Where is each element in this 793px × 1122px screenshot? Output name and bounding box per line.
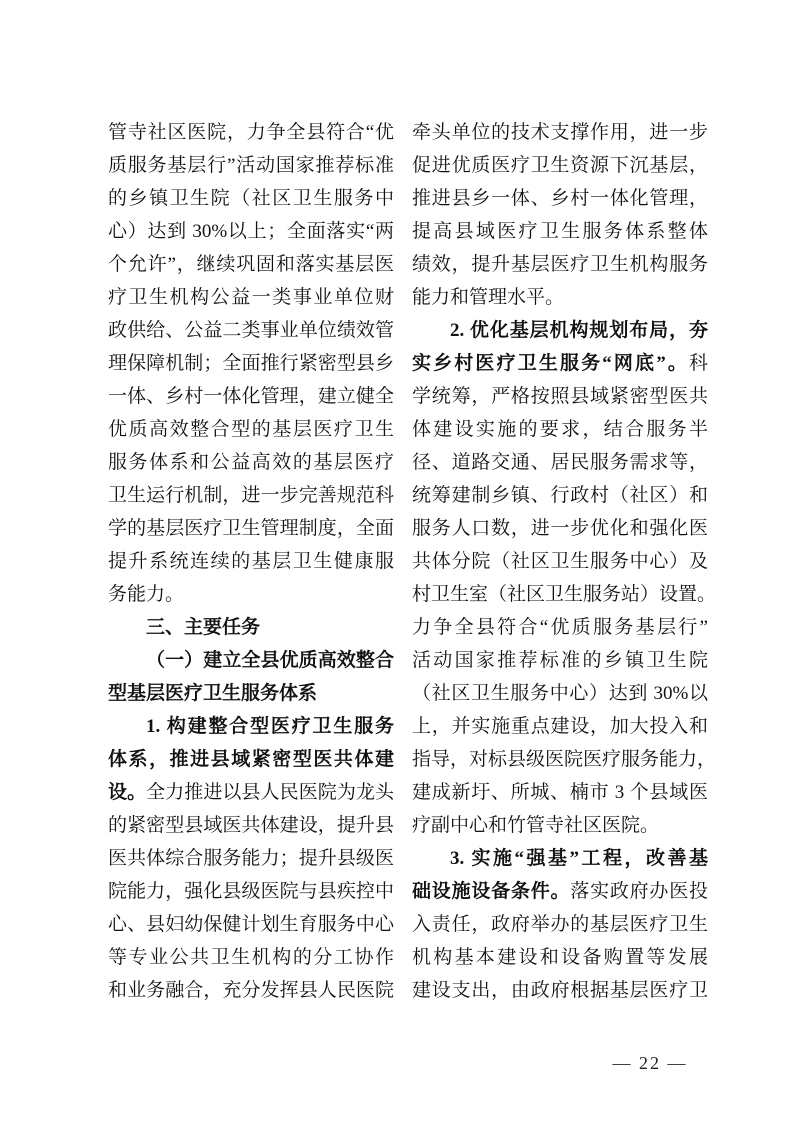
text-line: 和业务融合，充分发挥县人民医院 [108,974,394,1007]
text-line: 推进县乡一体、乡村一体化管理， [412,182,708,215]
text-segment: 落实政府办医投 [570,881,708,902]
text-segment: 管寺社区医院，力争全县符合“优 [108,122,394,143]
text-line: 管寺社区医院，力争全县符合“优 [108,116,394,149]
text-segment: 心）达到 30%以上；全面落实“两 [108,221,394,242]
text-line: 础设施设备条件。落实政府办医投 [412,875,708,908]
text-segment: 服务人口数，进一步优化和强化医 [412,518,708,539]
text-line: 的乡镇卫生院（社区卫生服务中 [108,182,394,215]
text-line: 理保障机制；全面推行紧密型县乡 [108,347,394,380]
text-line: 型基层医疗卫生服务体系 [108,677,394,710]
bold-text-segment: 实乡村医疗卫生服务“网底”。 [412,353,689,374]
text-line: 共体分院（社区卫生服务中心）及 [412,545,708,578]
text-segment: 学统筹，严格按照县域紧密型医共 [412,386,708,407]
text-segment: （社区卫生服务中心）达到 30%以 [412,683,708,704]
text-segment: 科 [689,353,708,374]
text-line: 心、县妇幼保健计划生育服务中心 [108,908,394,941]
text-line: 学统筹，严格按照县域紧密型医共 [412,380,708,413]
text-segment: 理保障机制；全面推行紧密型县乡 [108,353,394,374]
text-segment: 优质高效整合型的基层医疗卫生 [108,419,394,440]
text-segment: 院能力，强化县级医院与县疾控中 [108,881,394,902]
text-line: 质服务基层行”活动国家推荐标准 [108,149,394,182]
text-line: 三、主要任务 [108,611,394,644]
text-line: 体建设实施的要求，结合服务半 [412,413,708,446]
bold-text-segment: 础设施设备条件。 [412,881,570,902]
text-segment: 力争全县符合“优质服务基层行” [412,617,708,638]
text-line: 院能力，强化县级医院与县疾控中 [108,875,394,908]
text-segment: 村卫生室（社区卫生服务站）设置。 [412,584,716,605]
text-segment: 疗副中心和竹管寺社区医院。 [412,815,659,836]
text-segment: 疗卫生机构公益一类事业单位财 [108,287,394,308]
text-line: 能力和管理水平。 [412,281,708,314]
text-segment: 个允许”，继续巩固和落实基层医 [108,254,394,275]
text-line: 疗副中心和竹管寺社区医院。 [412,809,708,842]
bold-text-segment: 三、主要任务 [146,617,260,638]
text-line: 牵头单位的技术支撑作用，进一步 [412,116,708,149]
text-segment: 指导，对标县级医院医疗服务能力， [412,749,716,770]
document-page: 管寺社区医院，力争全县符合“优质服务基层行”活动国家推荐标准的乡镇卫生院（社区卫… [0,0,793,1122]
text-line: （社区卫生服务中心）达到 30%以 [412,677,708,710]
text-line: 机构基本建设和设备购置等发展 [412,941,708,974]
text-segment: 建成新圩、所城、楠市 3 个县域医 [412,782,708,803]
column-left: 管寺社区医院，力争全县符合“优质服务基层行”活动国家推荐标准的乡镇卫生院（社区卫… [108,116,394,1007]
text-segment: 和业务融合，充分发挥县人民医院 [108,980,394,1001]
text-segment: 绩效，提升基层医疗卫生机构服务 [412,254,708,275]
bold-text-segment: 设。 [108,782,146,803]
text-line: 提升系统连续的基层卫生健康服 [108,545,394,578]
bold-text-segment: 2. 优化基层机构规划布局，夯 [450,320,708,341]
text-segment: 共体分院（社区卫生服务中心）及 [412,551,708,572]
text-line: 径、道路交通、居民服务需求等， [412,446,708,479]
text-line: （一）建立全县优质高效整合 [108,644,394,677]
text-segment: 服务体系和公益高效的基层医疗 [108,452,394,473]
text-line: 等专业公共卫生机构的分工协作 [108,941,394,974]
text-line: 建设支出，由政府根据基层医疗卫 [412,974,708,1007]
text-line: 2. 优化基层机构规划布局，夯 [412,314,708,347]
text-line: 个允许”，继续巩固和落实基层医 [108,248,394,281]
text-segment: 学的基层医疗卫生管理制度，全面 [108,518,394,539]
text-line: 提高县域医疗卫生服务体系整体 [412,215,708,248]
text-line: 学的基层医疗卫生管理制度，全面 [108,512,394,545]
bold-text-segment: 体系，推进县域紧密型医共体建 [108,749,394,770]
text-line: 心）达到 30%以上；全面落实“两 [108,215,394,248]
text-line: 村卫生室（社区卫生服务站）设置。 [412,578,708,611]
page-number-footer: — 22 — [560,1048,740,1078]
text-line: 的紧密型县域医共体建设，提升县 [108,809,394,842]
text-segment: 推进县乡一体、乡村一体化管理， [412,188,708,209]
bold-text-segment: 3. 实施“强基”工程，改善基 [450,848,708,869]
text-line: 卫生运行机制，进一步完善规范科 [108,479,394,512]
text-segment: 提升系统连续的基层卫生健康服 [108,551,394,572]
bold-text-segment: 1. 构建整合型医疗卫生服务 [146,716,394,737]
text-segment: 心、县妇幼保健计划生育服务中心 [108,914,394,935]
text-line: 促进优质医疗卫生资源下沉基层， [412,149,708,182]
text-line: 一体、乡村一体化管理，建立健全 [108,380,394,413]
text-line: 指导，对标县级医院医疗服务能力， [412,743,708,776]
text-segment: 体建设实施的要求，结合服务半 [412,419,708,440]
text-segment: 活动国家推荐标准的乡镇卫生院 [412,650,708,671]
text-segment: 一体、乡村一体化管理，建立健全 [108,386,394,407]
text-segment: 牵头单位的技术支撑作用，进一步 [412,122,708,143]
text-line: 服务人口数，进一步优化和强化医 [412,512,708,545]
text-line: 实乡村医疗卫生服务“网底”。科 [412,347,708,380]
text-line: 上，并实施重点建设，加大投入和 [412,710,708,743]
text-segment: 上，并实施重点建设，加大投入和 [412,716,708,737]
text-segment: 机构基本建设和设备购置等发展 [412,947,708,968]
text-line: 设。全力推进以县人民医院为龙头 [108,776,394,809]
bold-text-segment: （一）建立全县优质高效整合 [146,650,394,671]
text-line: 1. 构建整合型医疗卫生服务 [108,710,394,743]
text-line: 绩效，提升基层医疗卫生机构服务 [412,248,708,281]
text-segment: 提高县域医疗卫生服务体系整体 [412,221,708,242]
text-line: 优质高效整合型的基层医疗卫生 [108,413,394,446]
text-segment: 等专业公共卫生机构的分工协作 [108,947,394,968]
text-segment: 的乡镇卫生院（社区卫生服务中 [108,188,394,209]
text-line: 务能力。 [108,578,394,611]
text-line: 3. 实施“强基”工程，改善基 [412,842,708,875]
text-segment: 务能力。 [108,584,184,605]
text-segment: 全力推进以县人民医院为龙头 [146,782,394,803]
text-line: 政供给、公益二类事业单位绩效管 [108,314,394,347]
text-line: 活动国家推荐标准的乡镇卫生院 [412,644,708,677]
text-line: 建成新圩、所城、楠市 3 个县域医 [412,776,708,809]
text-segment: 卫生运行机制，进一步完善规范科 [108,485,394,506]
text-line: 入责任，政府举办的基层医疗卫生 [412,908,708,941]
text-segment: 政供给、公益二类事业单位绩效管 [108,320,394,341]
text-segment: 质服务基层行”活动国家推荐标准 [108,155,394,176]
text-line: 服务体系和公益高效的基层医疗 [108,446,394,479]
text-line: 医共体综合服务能力；提升县级医 [108,842,394,875]
text-segment: 能力和管理水平。 [412,287,564,308]
text-segment: 建设支出，由政府根据基层医疗卫 [412,980,708,1001]
column-right: 牵头单位的技术支撑作用，进一步促进优质医疗卫生资源下沉基层，推进县乡一体、乡村一… [412,116,708,1007]
text-segment: 医共体综合服务能力；提升县级医 [108,848,394,869]
text-line: 统筹建制乡镇、行政村（社区）和 [412,479,708,512]
text-segment: 入责任，政府举办的基层医疗卫生 [412,914,708,935]
text-line: 体系，推进县域紧密型医共体建 [108,743,394,776]
text-line: 力争全县符合“优质服务基层行” [412,611,708,644]
text-segment: 统筹建制乡镇、行政村（社区）和 [412,485,708,506]
text-segment: 径、道路交通、居民服务需求等， [412,452,708,473]
text-segment: 的紧密型县域医共体建设，提升县 [108,815,394,836]
text-line: 疗卫生机构公益一类事业单位财 [108,281,394,314]
text-segment: 促进优质医疗卫生资源下沉基层， [412,155,708,176]
bold-text-segment: 型基层医疗卫生服务体系 [108,683,317,704]
